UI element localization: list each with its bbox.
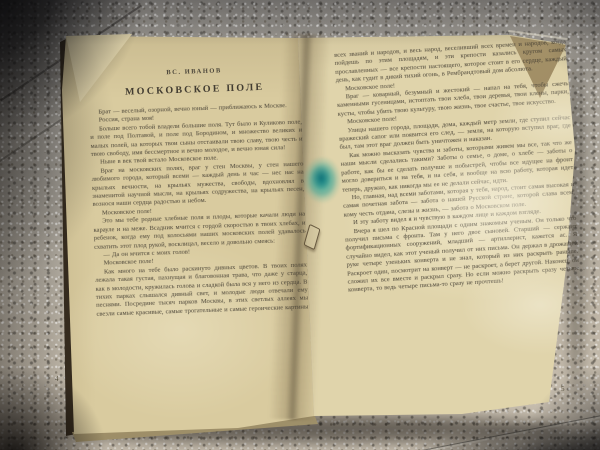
left-page-body: Брат — веселый, озорной, вечно юный — пр… — [89, 102, 308, 319]
paragraph: Враг на московских полях, враг у стен Мо… — [91, 160, 304, 209]
page-number-left: 4 — [55, 375, 59, 383]
left-page-text: ВС. ИВАНОВ МОСКОВСКОЕ ПОЛЕ Брат — веселы… — [88, 65, 308, 319]
page-number-right: 5 — [561, 385, 565, 393]
paragraph: Вчера я шел по Красной площади с одним з… — [344, 214, 580, 295]
page-title: МОСКОВСКОЕ ПОЛЕ — [89, 81, 301, 99]
paragraph: Как много на тебе было раскинуто дивных … — [95, 261, 309, 319]
right-page-body: всех званий и народов, и весь народ, вес… — [334, 38, 580, 295]
ink-stain — [301, 156, 343, 208]
photo-open-book-on-tile-floor: ВС. ИВАНОВ МОСКОВСКОЕ ПОЛЕ Брат — веселы… — [0, 0, 600, 450]
right-page-text: всех званий и народов, и весь народ, вес… — [334, 38, 580, 295]
